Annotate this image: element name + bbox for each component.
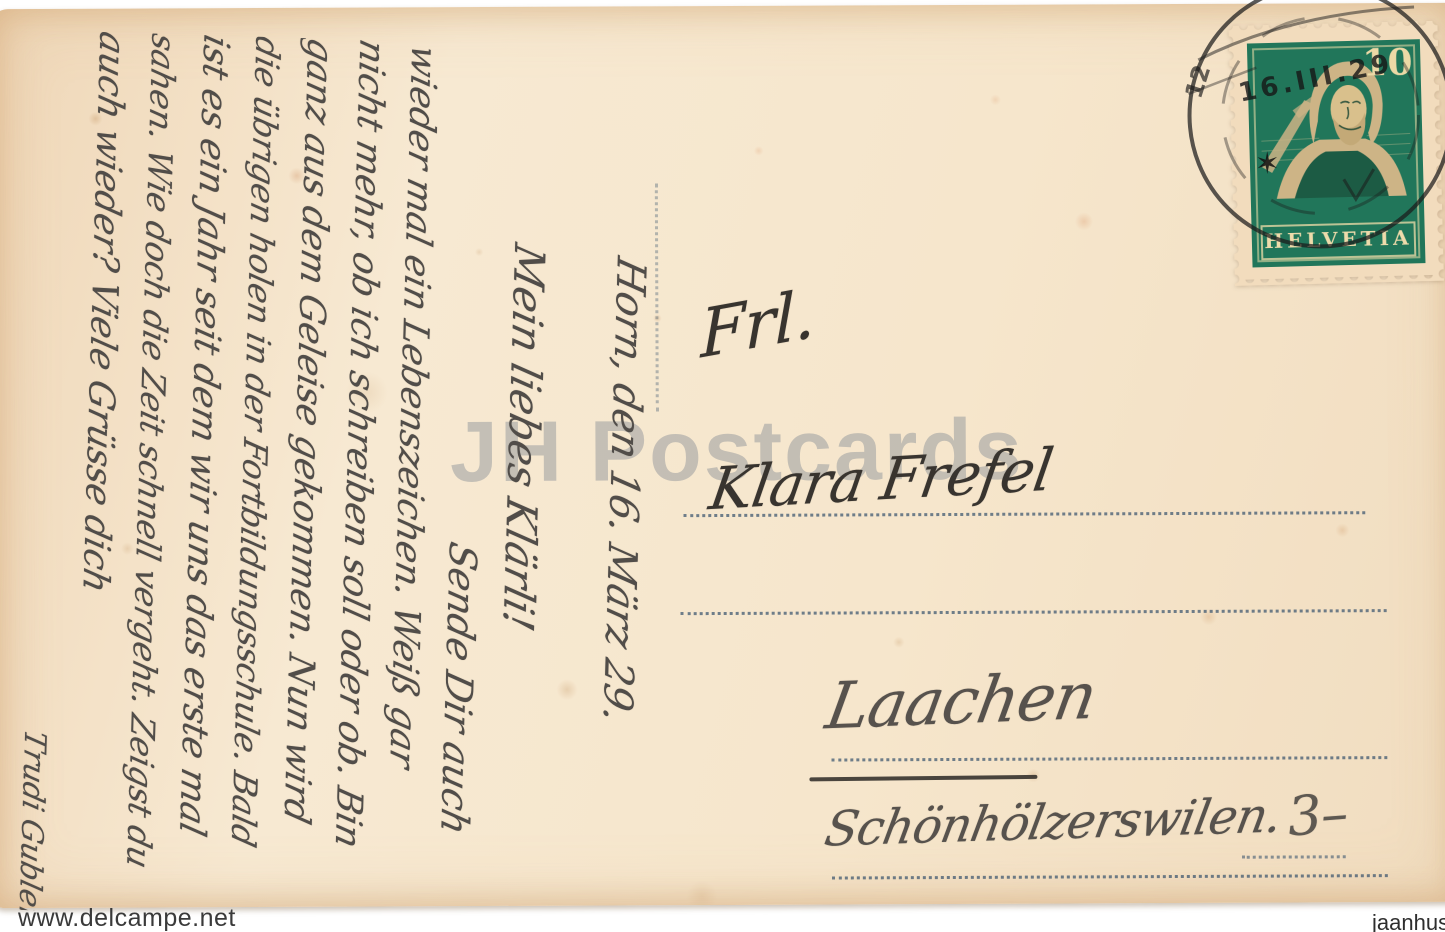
address-rule-line — [681, 609, 1387, 615]
postmark-numeral: 12 — [1180, 61, 1217, 101]
stamp-denomination: 10 — [1362, 41, 1413, 84]
pencil-note: 3– — [1285, 781, 1349, 848]
seller-credit: jaanhus — [1372, 910, 1445, 932]
address-town-struck: Laachen — [821, 659, 1102, 744]
message-block: Horn, den 16. März 29.Mein liebes Klärli… — [0, 29, 666, 929]
address-salutation: Frl. — [700, 275, 814, 374]
address-rule-line — [832, 874, 1388, 879]
stamp-panel: 10 HELVETIA — [1247, 39, 1426, 267]
stamp-country-label: HELVETIA — [1260, 221, 1416, 260]
marketplace-credit: www.delcampe.net — [18, 904, 236, 932]
strike-through-mark — [809, 775, 1037, 782]
address-rule-line — [831, 756, 1387, 761]
address-village: Schönhölzerswilen. — [821, 787, 1286, 857]
address-rule-line — [1242, 855, 1346, 858]
postcard: JH Postcards Frl. Klara Frefel Laachen S… — [0, 3, 1445, 908]
postage-stamp: 10 HELVETIA — [1228, 21, 1444, 286]
